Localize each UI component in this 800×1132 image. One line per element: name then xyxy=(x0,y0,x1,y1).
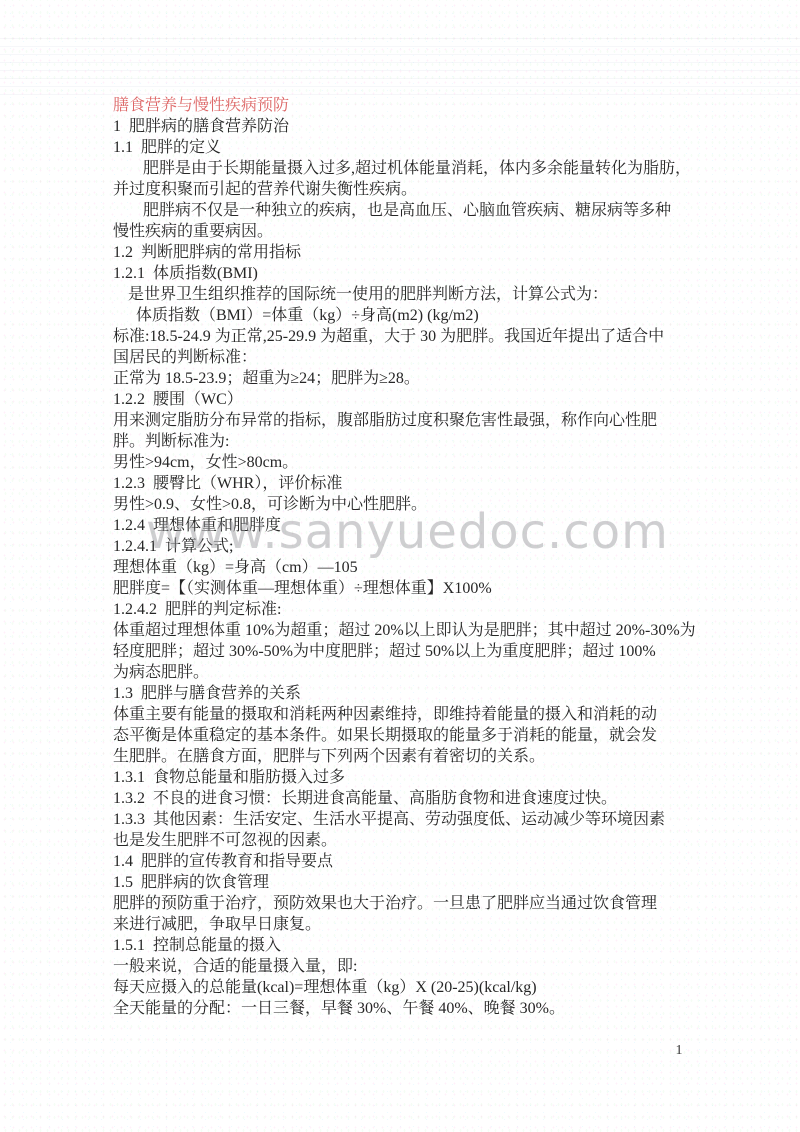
text-line: 1.2.4.1 计算公式; xyxy=(113,536,693,557)
text-line: 理想体重（kg）=身高（cm）—105 xyxy=(113,557,693,578)
text-line: 用来测定脂肪分布异常的指标，腹部脂肪过度积聚危害性最强，称作向心性肥 xyxy=(113,410,693,431)
text-line: 态平衡是体重稳定的基本条件。如果长期摄取的能量多于消耗的能量，就会发 xyxy=(113,725,693,746)
text-line: 1 肥胖病的膳食营养防治 xyxy=(113,116,693,137)
text-line: 1.2.2 腰围（WC） xyxy=(113,389,693,410)
text-line: 为病态肥胖。 xyxy=(113,662,693,683)
text-line: 并过度积聚而引起的营养代谢失衡性疾病。 xyxy=(113,179,693,200)
text-line: 1.2.4.2 肥胖的判定标准: xyxy=(113,599,693,620)
text-line: 一般来说，合适的能量摄入量，即: xyxy=(113,956,693,977)
text-line: 1.2.3 腰臀比（WHR），评价标准 xyxy=(113,473,693,494)
document-title: 膳食营养与慢性疾病预防 xyxy=(113,95,693,116)
text-line: 也是发生肥胖不可忽视的因素。 xyxy=(113,830,693,851)
text-line: 1.2 判断肥胖病的常用指标 xyxy=(113,242,693,263)
text-line: 1.3.3 其他因素：生活安定、生活水平提高、劳动强度低、运动减少等环境因素 xyxy=(113,809,693,830)
text-line: 标准:18.5-24.9 为正常,25-29.9 为超重，大于 30 为肥胖。我… xyxy=(113,326,693,347)
text-block: 膳食营养与慢性疾病预防1 肥胖病的膳食营养防治1.1 肥胖的定义肥胖是由于长期能… xyxy=(113,95,693,1019)
text-line: 全天能量的分配：一日三餐，早餐 30%、午餐 40%、晚餐 30%。 xyxy=(113,998,693,1019)
text-line: 轻度肥胖；超过 30%-50%为中度肥胖；超过 50%以上为重度肥胖；超过 10… xyxy=(113,641,693,662)
text-line: 肥胖度=【（实测体重—理想体重）÷理想体重】X100% xyxy=(113,578,693,599)
text-line: 1.5 肥胖病的饮食管理 xyxy=(113,872,693,893)
text-line: 体质指数（BMI）=体重（kg）÷身高(m2) (kg/m2) xyxy=(113,305,693,326)
text-line: 男性>0.9、女性>0.8，可诊断为中心性肥胖。 xyxy=(113,494,693,515)
text-line: 1.3.2 不良的进食习惯：长期进食高能量、高脂肪食物和进食速度过快。 xyxy=(113,788,693,809)
text-line: 是世界卫生组织推荐的国际统一使用的肥胖判断方法，计算公式为： xyxy=(113,284,693,305)
text-line: 肥胖的预防重于治疗，预防效果也大于治疗。一旦患了肥胖应当通过饮食管理 xyxy=(113,893,693,914)
text-line: 1.3.1 食物总能量和脂肪摄入过多 xyxy=(113,767,693,788)
text-line: 1.5.1 控制总能量的摄入 xyxy=(113,935,693,956)
text-line: 1.4 肥胖的宣传教育和指导要点 xyxy=(113,851,693,872)
text-line: 国居民的判断标准： xyxy=(113,347,693,368)
scan-noise-band xyxy=(0,38,800,96)
text-line: 1.3 肥胖与膳食营养的关系 xyxy=(113,683,693,704)
text-line: 1.1 肥胖的定义 xyxy=(113,137,693,158)
text-line: 1.2.4 理想体重和肥胖度 xyxy=(113,515,693,536)
text-line: 肥胖病不仅是一种独立的疾病，也是高血压、心脑血管疾病、糖尿病等多种 xyxy=(113,200,693,221)
text-line: 胖。判断标准为: xyxy=(113,431,693,452)
text-line: 男性>94cm，女性>80cm。 xyxy=(113,452,693,473)
text-line: 来进行减肥，争取早日康复。 xyxy=(113,914,693,935)
text-line: 体重主要有能量的摄取和消耗两种因素维持，即维持着能量的摄入和消耗的动 xyxy=(113,704,693,725)
text-line: 慢性疾病的重要病因。 xyxy=(113,221,693,242)
text-line: 体重超过理想体重 10%为超重；超过 20%以上即认为是肥胖；其中超过 20%-… xyxy=(113,620,693,641)
text-line: 每天应摄入的总能量(kcal)=理想体重（kg）X (20-25)(kcal/k… xyxy=(113,977,693,998)
page-number: 1 xyxy=(669,1042,689,1060)
text-line: 肥胖是由于长期能量摄入过多,超过机体能量消耗，体内多余能量转化为脂肪， xyxy=(113,158,693,179)
document-page: 膳食营养与慢性疾病预防1 肥胖病的膳食营养防治1.1 肥胖的定义肥胖是由于长期能… xyxy=(0,0,800,1132)
text-line: 1.2.1 体质指数(BMI) xyxy=(113,263,693,284)
text-line: 生肥胖。在膳食方面，肥胖与下列两个因素有着密切的关系。 xyxy=(113,746,693,767)
text-line: 正常为 18.5-23.9；超重为≥24；肥胖为≥28。 xyxy=(113,368,693,389)
